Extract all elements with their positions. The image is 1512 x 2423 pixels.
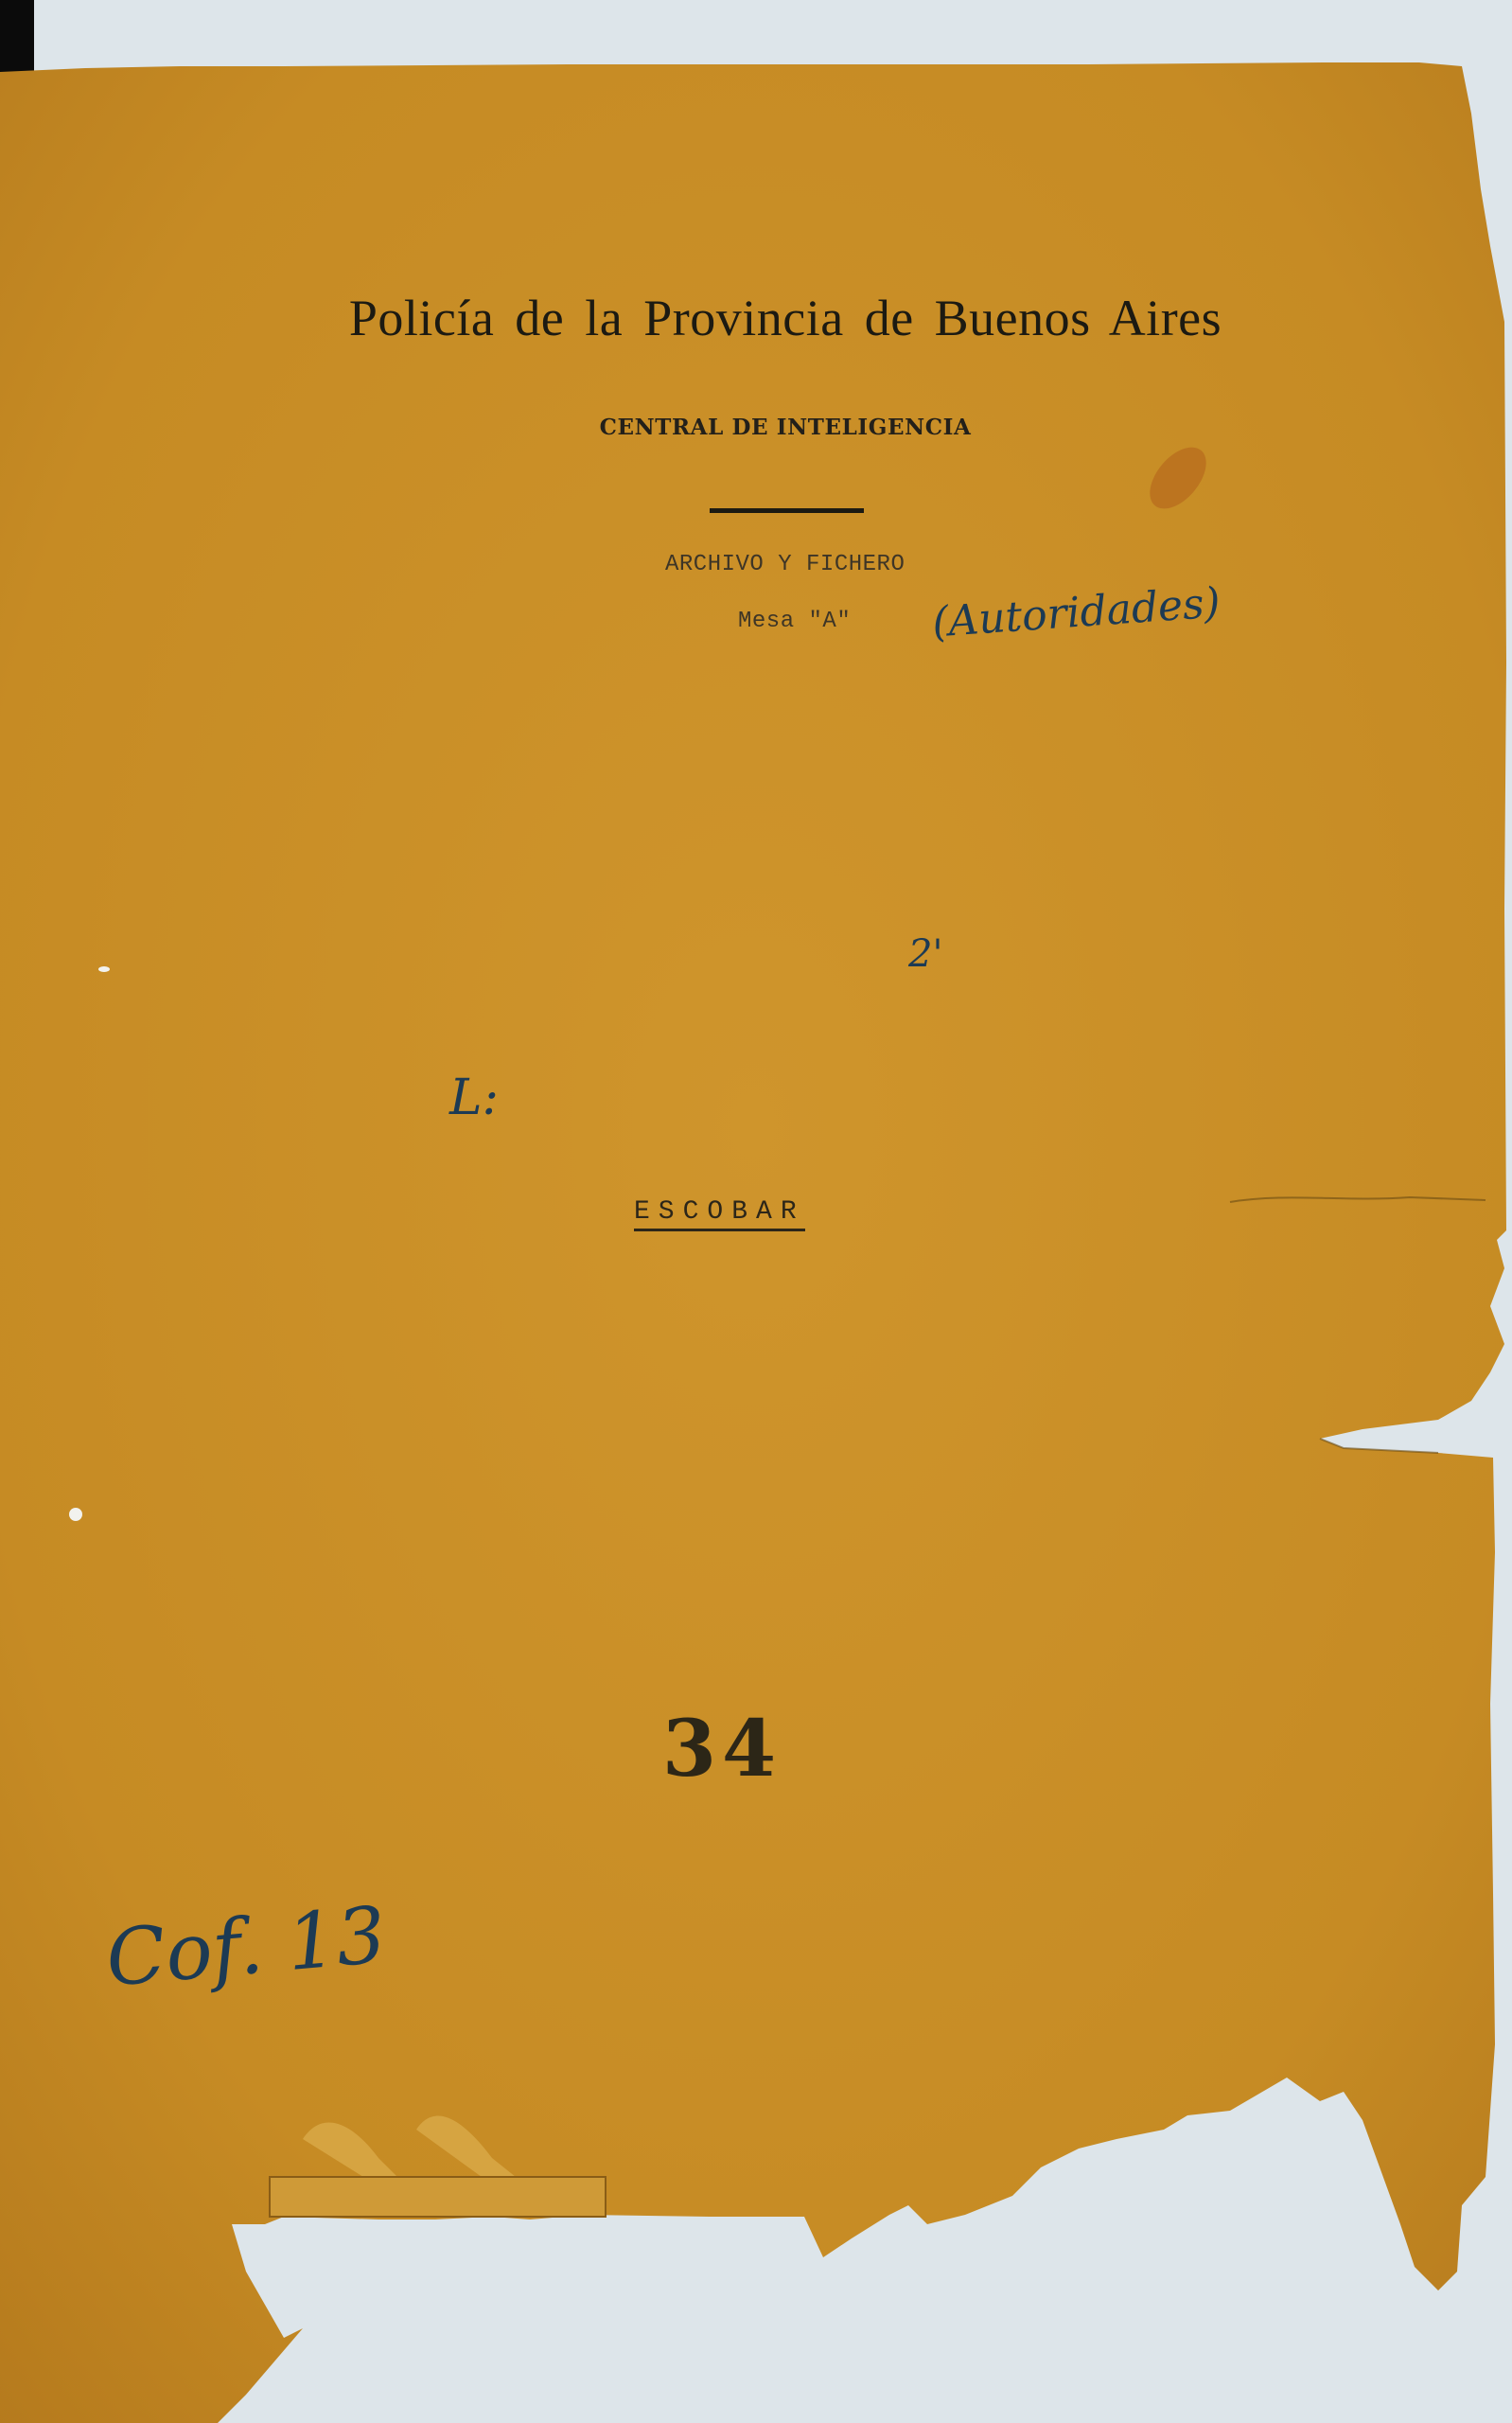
file-number: 34: [662, 1704, 782, 1795]
handwritten-mark-left: L:: [449, 1070, 499, 1126]
subject-name: ESCOBAR: [634, 1197, 805, 1231]
department-subtitle: CENTRAL DE INTELIGENCIA: [0, 415, 1512, 440]
handwritten-mark-top: 2': [908, 932, 942, 976]
desk-label: Mesa "A": [738, 609, 851, 634]
agency-title: Policía de la Provincia de Buenos Aires: [0, 289, 1512, 347]
header-divider: [710, 508, 864, 513]
archive-label: ARCHIVO Y FICHERO: [665, 552, 905, 577]
